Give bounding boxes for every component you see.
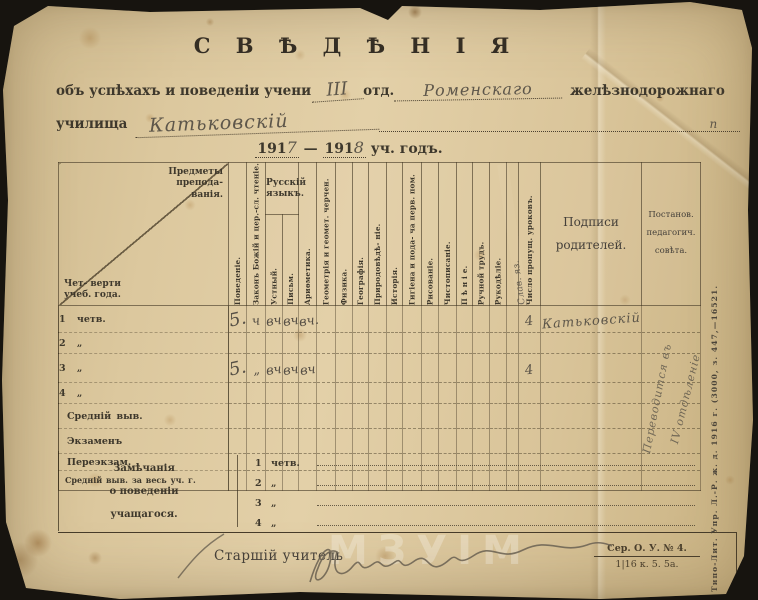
remarks-row-q2: 2 „: [255, 474, 695, 488]
school-word: училища: [56, 116, 127, 132]
col-header-geometry: Геометрія и геомет. черчен.: [317, 163, 336, 306]
subtitle-line-1: объ успѣхахъ и поведеніи учени III отд. …: [56, 79, 730, 101]
table-row-exam: Экзаменъ: [59, 429, 701, 454]
subtitle-pre: объ успѣхахъ и поведеніи учени: [56, 83, 311, 99]
hw-grade: вч.: [298, 312, 320, 330]
printer-imprint: Типо-Лит. Упр. Л.-Р. ж. д. 1916 г. (3000…: [710, 140, 719, 592]
grades-table: Предметы препода- ванія. Чет- верти учеб…: [58, 162, 701, 491]
col-header-parent-signatures: Подписи родителей.: [541, 163, 642, 306]
col-header-missed-lessons: Число пропущ. уроковъ.: [519, 163, 541, 306]
table-row-q2: 2 „: [59, 333, 701, 354]
row-label: Средній выв.: [59, 404, 229, 429]
grade-cell: вч.: [299, 306, 317, 333]
table-row-q3: 3 „ 5. „ вч вч вч 4: [59, 354, 701, 383]
hw-grade: вч: [282, 362, 300, 379]
table-row-q4: 4 „: [59, 383, 701, 404]
grade-cell: „: [247, 354, 266, 383]
hw-year-digit-2: 8: [354, 138, 364, 157]
remarks-row-q1: 1 четв.: [255, 454, 695, 468]
hw-pencil-mark: п: [709, 117, 717, 131]
subtitle-line-2: училища Катьковскій п: [56, 111, 740, 134]
col-header-history: Исторія.: [387, 163, 403, 306]
series-number: Сер. О. У. № 4.: [594, 543, 700, 557]
year-2: 1918: [323, 141, 366, 158]
grade-cell: 5.: [229, 354, 247, 383]
col-header-nature: Природовѣдѣ- ніе.: [369, 163, 387, 306]
archive-watermark: МЗУІМ: [328, 528, 532, 574]
doc-title: С В Ѣ Д Ѣ Н І Я: [0, 33, 712, 58]
hw-pupil-name: Катьковскій: [135, 107, 380, 139]
grade-cell: вч: [283, 306, 299, 333]
col-header-singing: П ѣ н і е.: [457, 163, 473, 306]
dotted-leader: [317, 494, 695, 506]
col-header-penmanship: Чистописаніе.: [439, 163, 457, 306]
missed-lessons-cell: 4: [519, 354, 541, 383]
paper-sheet: С В Ѣ Д Ѣ Н І Я объ успѣхахъ и поведеніи…: [0, 0, 758, 600]
col-header-hygiene: Гигіена и пода- ча перв. пом.: [403, 163, 422, 306]
col-header-geography: Географія.: [353, 163, 369, 306]
photographed-document: С В Ѣ Д Ѣ Н І Я объ успѣхахъ и поведеніи…: [0, 0, 758, 600]
hw-grade: ч: [251, 313, 261, 329]
teacher-label: Старшій учитель: [214, 548, 343, 564]
corner-header-cell: Предметы препода- ванія. Чет- верти учеб…: [59, 163, 229, 306]
series-price: 1|16 к. 5. 5а.: [594, 557, 700, 570]
corner-subjects-label: Предметы препода- ванія.: [147, 167, 223, 201]
hw-parent-signature: Катьковскій: [541, 310, 641, 332]
col-header-handicraft: Ручной трудъ.: [473, 163, 490, 306]
hw-missed-count: 4: [524, 362, 534, 378]
grade-cell: 5.: [229, 306, 247, 333]
dotted-rule: п: [379, 117, 740, 132]
remarks-row-q3: 3 „: [255, 494, 695, 508]
dotted-leader: [317, 514, 695, 526]
col-header-religion: Законъ Божій и цер.-сл. чтеніе.: [247, 163, 266, 306]
hw-school-name: Роменскаго: [394, 79, 562, 102]
col-header-russian-oral: Устный.: [266, 215, 283, 306]
grade-cell: вч: [266, 306, 283, 333]
hw-grade: вч: [299, 362, 317, 379]
hw-grade: 5.: [227, 356, 248, 380]
col-header-physics: Физика.: [336, 163, 353, 306]
row-label: Экзаменъ: [59, 429, 229, 454]
school-year-line: 1917 — 1918 уч. годъ.: [0, 138, 698, 157]
conduct-remarks-section: Замѣчанія о поведеніи учащагося. 1 четв.…: [58, 451, 701, 531]
grade-cell: вч: [283, 354, 299, 383]
dotted-leader: [317, 474, 695, 486]
footer-corner-line: [736, 532, 737, 588]
table-row-q1: 1 четв. 5. ч вч вч вч. 4 Катьковскій: [59, 306, 701, 333]
hw-grade: 5.: [227, 307, 248, 331]
table-row-average: Средній выв.: [59, 404, 701, 429]
corner-quarters-label: Чет- верти учеб. года.: [64, 279, 122, 302]
col-group-russian: Русскій языкъ.: [266, 163, 299, 215]
footer-rule: [58, 532, 737, 533]
remarks-section-label: Замѣчанія о поведеніи учащагося.: [59, 457, 229, 526]
year-suffix: уч. годъ.: [366, 141, 443, 157]
col-header-drawing: Рисованіе.: [422, 163, 439, 306]
hw-grade: вч: [282, 313, 300, 330]
hw-year-digit-1: 7: [287, 138, 297, 157]
grade-cell: вч: [266, 354, 283, 383]
year-1: 1917: [255, 141, 298, 158]
hw-grade: вч: [265, 362, 283, 379]
row-label: 2 „: [59, 333, 229, 354]
hw-section-number: III: [310, 77, 363, 103]
missed-lessons-cell: 4: [519, 306, 541, 333]
dotted-leader: [317, 454, 695, 466]
col-header-pedagogic-council: Постанов. педагогич. совѣта.: [642, 163, 701, 306]
hw-ditto-mark: „: [252, 362, 261, 378]
col-header-conduct: Поведеніе.: [229, 163, 247, 306]
row-label: 4 „: [59, 383, 229, 404]
subtitle-post: желѣзнодорожнаго: [570, 83, 725, 99]
row-label: 1 четв.: [59, 306, 229, 333]
form-series-block: Сер. О. У. № 4. 1|16 к. 5. 5а.: [594, 543, 700, 570]
row-label: 3 „: [59, 354, 229, 383]
hw-grade: вч: [265, 313, 283, 330]
grade-cell: ч: [247, 306, 266, 333]
remarks-rows: 1 четв. 2 „ 3 „ 4 „: [255, 451, 695, 531]
remarks-divider: [237, 455, 238, 527]
parent-signature-cell: Катьковскій: [541, 306, 642, 333]
col-header-arithmetic: Ариѳметика.: [299, 163, 317, 306]
col-header-russian-written: Письм.: [283, 215, 299, 306]
hw-missed-count: 4: [524, 313, 534, 329]
subtitle-mid: отд.: [363, 83, 394, 99]
grade-cell: вч: [299, 354, 317, 383]
remarks-row-q4: 4 „: [255, 514, 695, 528]
